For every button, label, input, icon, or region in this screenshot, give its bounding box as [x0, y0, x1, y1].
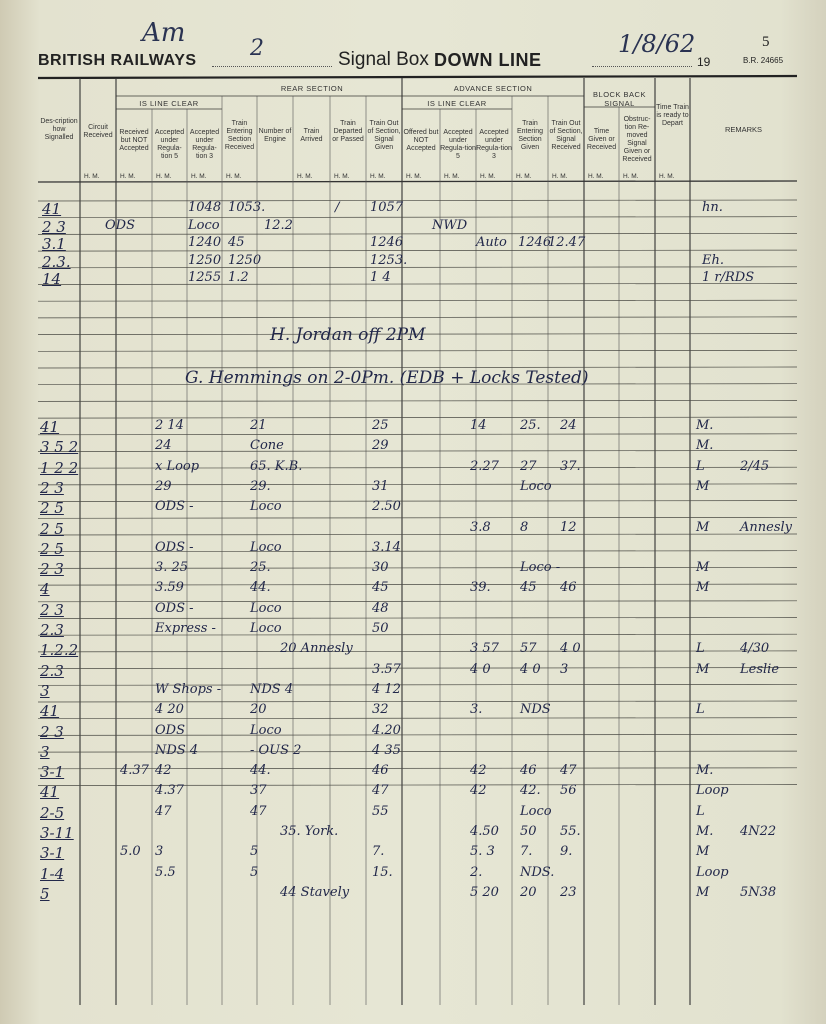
description-code: 2 5: [40, 499, 64, 517]
adv-entry-c: 23: [560, 885, 577, 900]
advance-is-line-clear-label: IS LINE CLEAR: [402, 99, 512, 108]
adv-entry-a: 2.: [470, 865, 482, 880]
adv-entry-a: 3 57: [470, 641, 499, 656]
rear-entry-c: 35. York.: [280, 824, 338, 839]
rear-entry-b: 5: [250, 865, 258, 880]
adv-entry-c: 4 0: [560, 641, 581, 656]
remarks-extra: 4/30: [740, 641, 769, 656]
adv-entry-b: NDS.: [520, 865, 554, 880]
rear-entry-b: 5: [250, 844, 258, 859]
remarks: L: [696, 641, 705, 656]
remarks: M: [696, 560, 709, 575]
adv-entry-a: 5 20: [470, 885, 499, 900]
description-code: 41: [40, 702, 59, 720]
hm-label: H. M.: [444, 173, 460, 180]
out-of-section-given: 2.50: [372, 499, 401, 514]
rear-entry-c: 44 Stavely: [280, 885, 349, 900]
out-of-section-given: 45: [372, 580, 389, 595]
rear-entry-b: 25.: [250, 560, 271, 575]
description-code: 2-5: [40, 804, 64, 822]
remarks: Eh.: [702, 253, 724, 268]
adv-entry-a: 14: [470, 418, 487, 433]
column-header-9: Train Out of Section, Signal Given: [366, 120, 402, 152]
train-entering-received: 1053.: [228, 200, 265, 215]
rear-entry-a: W Shops -: [155, 682, 221, 697]
rear-entry-a: 2 14: [155, 418, 184, 433]
adv-entry-b: 50: [520, 824, 537, 839]
rear-entry-a: ODS -: [155, 601, 194, 616]
accepted-reg3: 1250: [188, 253, 221, 268]
rear-entry-a: 47: [155, 804, 172, 819]
shift-note-on: G. Hemmings on 2-0Pm. (EDB + Locks Teste…: [185, 368, 589, 388]
adv-entry-b: 46: [520, 763, 537, 778]
remarks: M.: [696, 438, 713, 453]
adv-entry-a: 4.50: [470, 824, 499, 839]
hm-label: H. M.: [406, 173, 422, 180]
remarks: L: [696, 459, 705, 474]
column-header-12: Accepted under Regula-tion 3: [476, 129, 512, 161]
hm-label: H. M.: [334, 173, 350, 180]
remarks: M: [696, 479, 709, 494]
description-code: 41: [42, 200, 61, 218]
column-header-6: Number of Engine: [257, 128, 293, 144]
rear-section-label: REAR SECTION: [222, 84, 402, 93]
hm-label: H. M.: [191, 173, 207, 180]
hm-label: H. M.: [480, 173, 496, 180]
rear-entry-a: 29: [155, 479, 172, 494]
rear-entry-b: 37: [250, 783, 267, 798]
out-of-section-given: 55: [372, 804, 389, 819]
out-of-section-given: 3.14: [372, 540, 401, 555]
remarks: M: [696, 520, 709, 535]
column-header-18: REMARKS: [690, 126, 797, 134]
column-header-13: Train Entering Section Given: [512, 120, 548, 152]
hm-label: H. M.: [84, 173, 100, 180]
adv-reg5: Auto: [476, 235, 507, 250]
remarks-extra: Leslie: [740, 662, 779, 677]
rear-entry-b: Cone: [250, 438, 284, 453]
description-code: 5: [40, 885, 50, 903]
description-code: 2 3: [40, 479, 64, 497]
accepted-reg3: 1048: [188, 200, 221, 215]
accepted-reg3: 1240: [188, 235, 221, 250]
circuit-received: 5.0: [120, 844, 141, 859]
hm-label: H. M.: [370, 173, 386, 180]
column-header-4: Accepted under Regula-tion 3: [187, 129, 222, 161]
rear-entry-a: ODS -: [155, 499, 194, 514]
out-of-section-given: 25: [372, 418, 389, 433]
remarks: M.: [696, 824, 713, 839]
column-header-11: Accepted under Regula-tion 5: [440, 129, 476, 161]
remarks: M: [696, 885, 709, 900]
adv-entry-a: 4 0: [470, 662, 491, 677]
description-code: 1-4: [40, 865, 64, 883]
out-of-section-given: 3.57: [372, 662, 401, 677]
remarks-extra: 4N22: [740, 824, 776, 839]
rear-entry-b: 47: [250, 804, 267, 819]
adv-entry-c: 9.: [560, 844, 572, 859]
circuit-received: 4.37: [120, 763, 149, 778]
out-of-section-given: 1 4: [370, 270, 391, 285]
out-of-section-given: 1057: [370, 200, 403, 215]
adv-entry-b: 20: [520, 885, 537, 900]
description-code: 14: [42, 270, 61, 288]
description-code: 2 3: [40, 560, 64, 578]
description-code: 3-1: [40, 763, 64, 781]
rear-entry-a: Express -: [155, 621, 216, 636]
remarks: Loop: [696, 865, 729, 880]
train-entering-received: 1.2: [228, 270, 249, 285]
remarks-extra: Annesly: [740, 520, 792, 535]
remarks-extra: 5N38: [740, 885, 776, 900]
description-code: 2.3: [40, 621, 64, 639]
column-header-16: Obstruc-tion Re-moved Signal Given or Re…: [619, 116, 655, 164]
accepted-reg3: 1255: [188, 270, 221, 285]
rear-entry-b: Loco: [250, 621, 282, 636]
rear-entry-a: 3.59: [155, 580, 184, 595]
shift-note-off: H. Jordan off 2PM: [270, 325, 426, 345]
remarks: 1 r/RDS: [702, 270, 754, 285]
out-of-section-given: 30: [372, 560, 389, 575]
remarks-extra: 2/45: [740, 459, 769, 474]
column-header-14: Train Out of Section, Signal Received: [548, 120, 584, 152]
out-of-section-given: 4 35: [372, 743, 401, 758]
remarks: hn.: [702, 200, 723, 215]
circuit-received: ODS: [105, 218, 135, 233]
description-code: 3.1: [42, 235, 66, 253]
out-of-section-given: 50: [372, 621, 389, 636]
rear-entry-a: 4.37: [155, 783, 184, 798]
adv-entry-c: 55.: [560, 824, 581, 839]
train-entering-received: 45: [228, 235, 245, 250]
description-code: 3: [40, 743, 50, 761]
hm-label: H. M.: [659, 173, 675, 180]
description-code: 2 3: [40, 723, 64, 741]
column-header-7: Train Arrived: [293, 128, 330, 144]
out-of-section-given: 7.: [372, 844, 384, 859]
description-code: 2.3.: [42, 253, 71, 271]
out-of-section-given: 47: [372, 783, 389, 798]
hm-label: H. M.: [552, 173, 568, 180]
adv-entry-b: 25.: [520, 418, 541, 433]
adv-entry-c: 3: [560, 662, 568, 677]
adv-entry-c: 37.: [560, 459, 581, 474]
column-header-8: Train Departed or Passed: [330, 120, 366, 144]
adv-entry-c: 12: [560, 520, 577, 535]
remarks: Loop: [696, 783, 729, 798]
rear-entry-b: 44.: [250, 580, 271, 595]
hm-label: H. M.: [588, 173, 604, 180]
remarks: M.: [696, 418, 713, 433]
rear-entry-a: NDS 4: [155, 743, 198, 758]
hm-label: H. M.: [516, 173, 532, 180]
adv-entry-b: 4 0: [520, 662, 541, 677]
description-code: 41: [40, 418, 59, 436]
rear-entry-b: 44.: [250, 763, 271, 778]
column-header-2: Received but NOT Accepted: [116, 129, 152, 153]
rear-entry-b: 20: [250, 702, 267, 717]
description-code: 41: [40, 783, 59, 801]
remarks: M: [696, 662, 709, 677]
description-code: 1.2.2: [40, 641, 78, 659]
adv-entry-a: 5. 3: [470, 844, 495, 859]
rear-entry-b: Loco: [250, 499, 282, 514]
out-of-section-given: 1253.: [370, 253, 407, 268]
adv-entry-b: 57: [520, 641, 537, 656]
adv-entry-c: 47: [560, 763, 577, 778]
rear-entry-a: 24: [155, 438, 172, 453]
column-header-0: Des-cription how Signalled: [38, 118, 80, 142]
out-of-section-given: 1246: [370, 235, 403, 250]
rear-entry-a: 3: [155, 844, 163, 859]
out-of-section-given: 4 12: [372, 682, 401, 697]
adv-entering: 12.47: [548, 235, 585, 250]
rear-is-line-clear-label: IS LINE CLEAR: [116, 99, 222, 108]
adv-entry-c: 56: [560, 783, 577, 798]
train-departed: /: [335, 200, 339, 215]
out-of-section-given: 15.: [372, 865, 393, 880]
description-code: 2 5: [40, 540, 64, 558]
adv-entry-a: 3.8: [470, 520, 491, 535]
out-of-section-given: 46: [372, 763, 389, 778]
rear-entry-b: Loco: [250, 723, 282, 738]
rear-entry-b: 21: [250, 418, 267, 433]
adv-entry-c: 24: [560, 418, 577, 433]
description-code: 3-11: [40, 824, 74, 842]
rear-entry-a: 42: [155, 763, 172, 778]
description-code: 2 3: [42, 218, 66, 236]
hm-label: H. M.: [623, 173, 639, 180]
register-page: BRITISH RAILWAYS Am 2 Signal Box DOWN LI…: [0, 0, 826, 1024]
hm-label: H. M.: [156, 173, 172, 180]
accepted-reg3: Loco: [188, 218, 220, 233]
description-code: 2 5: [40, 520, 64, 538]
adv-entry-b: NDS: [520, 702, 551, 717]
description-code: 3-1: [40, 844, 64, 862]
column-header-17: Time Train is ready to Depart: [655, 104, 690, 128]
rear-entry-b: NDS 4: [250, 682, 293, 697]
rear-entry-a: ODS: [155, 723, 185, 738]
remarks: M: [696, 844, 709, 859]
description-code: 4: [40, 580, 50, 598]
description-code: 1 2 2: [40, 459, 78, 477]
adv-reg3: 1246: [518, 235, 551, 250]
column-header-1: Circuit Received: [80, 124, 116, 140]
description-code: 2.3: [40, 662, 64, 680]
adv-entry-b: Loco: [520, 479, 552, 494]
adv-entry-c: 46: [560, 580, 577, 595]
column-header-3: Accepted under Regula-tion 5: [152, 129, 187, 161]
rear-entry-b: 65. K.B.: [250, 459, 302, 474]
column-header-15: Time Given or Received: [584, 128, 619, 152]
adv-entry-b: 42.: [520, 783, 541, 798]
column-header-10: Offered but NOT Accepted: [402, 129, 440, 153]
rear-entry-a: 4 20: [155, 702, 184, 717]
rear-entry-b: Loco: [250, 540, 282, 555]
hm-label: H. M.: [297, 173, 313, 180]
adv-entry-a: 42: [470, 763, 487, 778]
out-of-section-given: 4.20: [372, 723, 401, 738]
adv-entry-a: 42: [470, 783, 487, 798]
out-of-section-given: 29: [372, 438, 389, 453]
rear-entry-b: 29.: [250, 479, 271, 494]
rear-entry-a: 5.5: [155, 865, 176, 880]
adv-offered: NWD: [432, 218, 467, 233]
column-header-5: Train Entering Section Received: [222, 120, 257, 152]
hm-label: H. M.: [120, 173, 136, 180]
description-code: 2 3: [40, 601, 64, 619]
adv-entry-b: 8: [520, 520, 528, 535]
rear-entry-b: - OUS 2: [250, 743, 301, 758]
out-of-section-given: 32: [372, 702, 389, 717]
rear-entry-a: 3. 25: [155, 560, 188, 575]
out-of-section-given: 31: [372, 479, 389, 494]
remarks: M: [696, 580, 709, 595]
adv-entry-b: Loco: [520, 804, 552, 819]
rear-entry-b: Loco: [250, 601, 282, 616]
rear-entry-a: ODS -: [155, 540, 194, 555]
advance-section-label: ADVANCE SECTION: [402, 84, 584, 93]
remarks: L: [696, 804, 705, 819]
out-of-section-given: 48: [372, 601, 389, 616]
train-entering-received: 1250: [228, 253, 261, 268]
block-back-signal-label: BLOCK BACK SIGNAL: [584, 90, 655, 108]
remarks: M.: [696, 763, 713, 778]
adv-entry-a: 3.: [470, 702, 482, 717]
adv-entry-b: 27: [520, 459, 537, 474]
adv-entry-b: 45: [520, 580, 537, 595]
hm-label: H. M.: [226, 173, 242, 180]
remarks: L: [696, 702, 705, 717]
adv-entry-a: 2.27: [470, 459, 499, 474]
adv-entry-a: 39.: [470, 580, 491, 595]
description-code: 3 5 2: [40, 438, 78, 456]
rear-entry-a: x Loop: [155, 459, 199, 474]
description-code: 3: [40, 682, 50, 700]
engine-number: 12.2: [264, 218, 293, 233]
adv-entry-b: Loco -: [520, 560, 560, 575]
rear-entry-c: 20 Annesly: [280, 641, 353, 656]
adv-entry-b: 7.: [520, 844, 532, 859]
